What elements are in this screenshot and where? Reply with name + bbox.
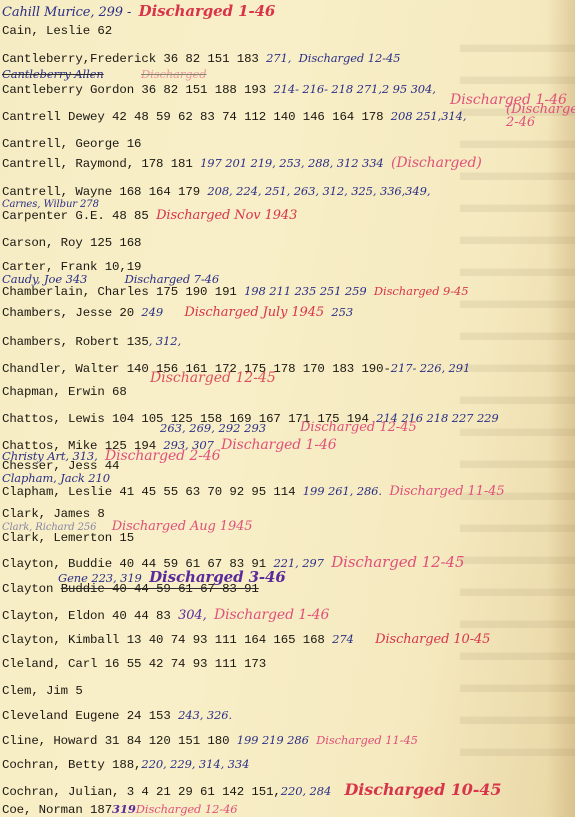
discharge-note: Discharged 1-46 (214, 607, 329, 623)
discharge-note: Discharged 12-45 (299, 51, 401, 65)
entry-cleveland: Cleveland Eugene 24 153 243, 326. (2, 708, 232, 723)
entry-clark-lemerton: Clark, Lemerton 15 (2, 531, 134, 545)
entry-chamberlain: Chamberlain, Charles 175 190 191 198 211… (2, 284, 468, 299)
entry-cochran-julian: Cochran, Julian, 3 4 21 29 61 142 151,22… (2, 780, 501, 799)
entry-cantleberry-allen: Cantleberry Allen Discharged (2, 67, 207, 82)
discharge-note: Discharged 11-45 (316, 733, 418, 747)
discharge-note: Discharged 2-46 (105, 448, 220, 464)
entry-cantleberry-gordon: Cantleberry Gordon 36 82 151 188 193 214… (2, 82, 436, 97)
discharge-note: Discharged July 1945 (184, 305, 324, 320)
discharge-note: (Discharged) (391, 155, 482, 171)
discharge-note: (Discharged 2-46 (506, 103, 575, 129)
entry-carpenter: Carpenter G.E. 48 85 Discharged Nov 1943 (2, 208, 297, 223)
discharge-note: Discharged 11-45 (389, 484, 504, 499)
entry-chambers-jesse: Chambers, Jesse 20 249 Discharged July 1… (2, 305, 353, 320)
entry-chapman: Chapman, Erwin 68 (2, 385, 127, 399)
entry-cahill: Cahill Murice, 299 - Discharged 1-46 (2, 2, 275, 20)
discharge-note: Discharged 1-46 (221, 437, 336, 453)
entry-chambers-robert: Chambers, Robert 135, 312, (2, 334, 181, 349)
entry-cline: Cline, Howard 31 84 120 151 180 199 219 … (2, 733, 418, 748)
discharge-note: Discharged 12-45 (331, 553, 464, 571)
entry-cleland: Cleland, Carl 16 55 42 74 93 111 173 (2, 657, 266, 671)
entry-cantleberry-frederick: Cantleberry,Frederick 36 82 151 183 271,… (2, 51, 400, 66)
document-page: Cahill Murice, 299 - Discharged 1-46 Cai… (0, 0, 575, 817)
entry-cain: Cain, Leslie 62 (2, 24, 112, 38)
entry-clapham-leslie: Clapham, Leslie 41 45 55 63 70 92 95 114… (2, 484, 505, 499)
discharge-note: Discharged 10-45 (345, 780, 502, 799)
discharge-note: Discharged Nov 1943 (156, 208, 297, 223)
discharge-note: Discharged 12-45 (150, 370, 276, 386)
discharge-note: Discharged 9-45 (374, 284, 469, 298)
entry-cantrell-raymond: Cantrell, Raymond, 178 181 197 201 219, … (2, 155, 482, 171)
entry-carson: Carson, Roy 125 168 (2, 236, 141, 250)
entry-clem: Clem, Jim 5 (2, 684, 83, 698)
entry-coe: Coe, Norman 187319Discharged 12-46 (2, 802, 238, 817)
entry-clayton-eldon: Clayton, Eldon 40 44 83 304, Discharged … (2, 607, 329, 623)
entry-cantrell-george: Cantrell, George 16 (2, 137, 141, 151)
entry-cantrell-dewey: Cantrell Dewey 42 48 59 62 83 74 112 140… (2, 109, 466, 124)
discharge-note: Discharged 10-45 (375, 632, 490, 647)
entry-clayton-kimball: Clayton, Kimball 13 40 74 93 111 164 165… (2, 632, 490, 647)
entry-clayton-struck: Clayton Buddie 40 44 59 61 67 83 91 (2, 582, 259, 596)
discharge-note: Discharged (141, 67, 207, 81)
entry-cochran-betty: Cochran, Betty 188,220, 229, 314, 334 (2, 757, 249, 772)
discharge-note: Discharged 12-46 (136, 802, 238, 816)
discharge-note: Discharged 12-45 (300, 420, 417, 435)
discharge-note: Discharged 1-46 (139, 2, 276, 20)
